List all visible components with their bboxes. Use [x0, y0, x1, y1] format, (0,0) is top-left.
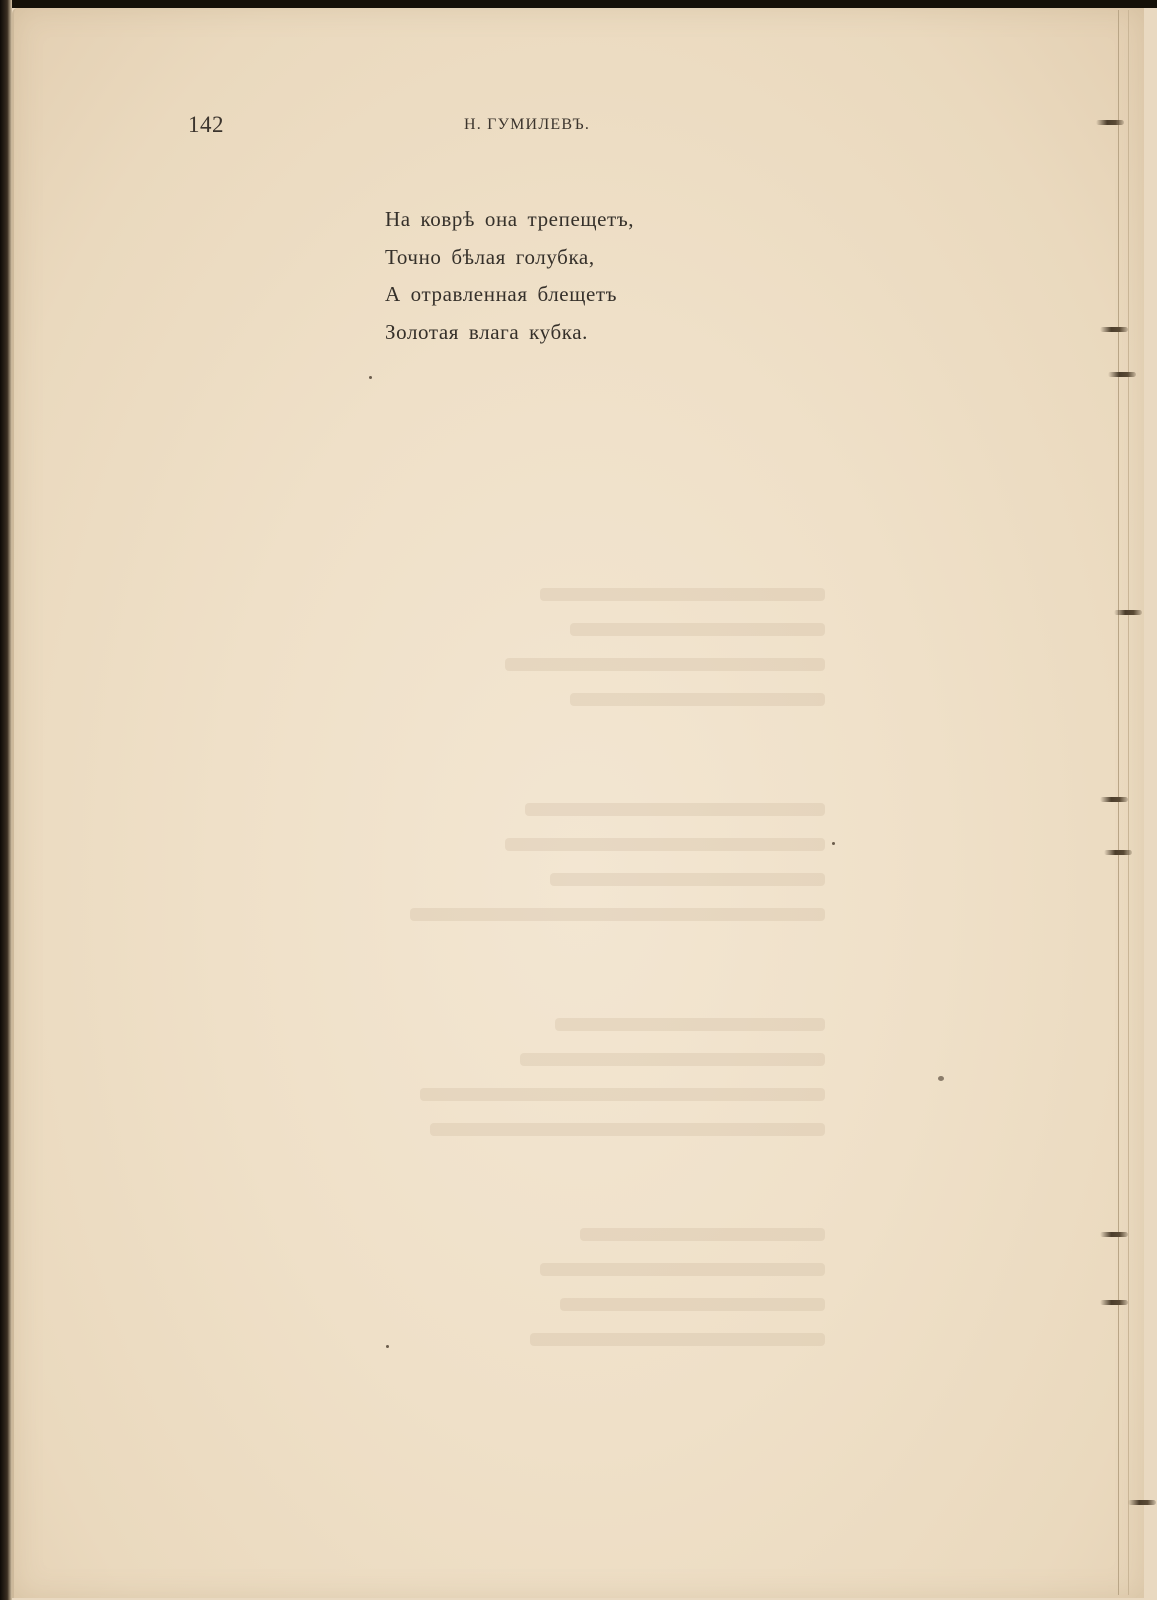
show-through-text [505, 658, 825, 671]
poem-line: На коврѣ она трепещетъ, [385, 201, 634, 239]
show-through-text [580, 1228, 825, 1241]
left-binding-edge [0, 0, 12, 1600]
poem-line: Золотая влага кубка. [385, 314, 634, 352]
binding-stitch [1128, 1500, 1156, 1505]
binding-stitch [1100, 327, 1128, 332]
show-through-text [570, 693, 825, 706]
right-page-edge [1118, 10, 1119, 1595]
show-through-text [505, 838, 825, 851]
binding-stitch [1108, 372, 1136, 377]
show-through-text [420, 1088, 825, 1101]
right-page-edge-2 [1128, 10, 1129, 1595]
binding-stitch [1100, 797, 1128, 802]
binding-stitch [1114, 610, 1142, 615]
show-through-text [540, 588, 825, 601]
poem-stanza: На коврѣ она трепещетъ, Точно бѣлая голу… [385, 201, 634, 351]
show-through-text [570, 623, 825, 636]
poem-line: А отравленная блещетъ [385, 276, 634, 314]
binding-stitch [1100, 1232, 1128, 1237]
paper-speck [938, 1076, 944, 1081]
show-through-text [430, 1123, 825, 1136]
page-number: 142 [188, 112, 224, 138]
paper-speck [832, 842, 835, 845]
paper-speck [386, 1345, 389, 1348]
show-through-text [540, 1263, 825, 1276]
show-through-text [410, 908, 825, 921]
paper-speck [369, 376, 372, 379]
binding-stitch [1096, 120, 1124, 125]
poem-line: Точно бѣлая голубка, [385, 239, 634, 277]
running-head-author: Н. ГУМИЛЕВЪ. [464, 116, 590, 134]
show-through-text [520, 1053, 825, 1066]
binding-stitch [1100, 1300, 1128, 1305]
show-through-text [555, 1018, 825, 1031]
show-through-text [550, 873, 825, 886]
show-through-text [560, 1298, 825, 1311]
show-through-text [530, 1333, 825, 1346]
binding-stitch [1104, 850, 1132, 855]
show-through-text [525, 803, 825, 816]
top-shadow-edge [0, 0, 1157, 8]
